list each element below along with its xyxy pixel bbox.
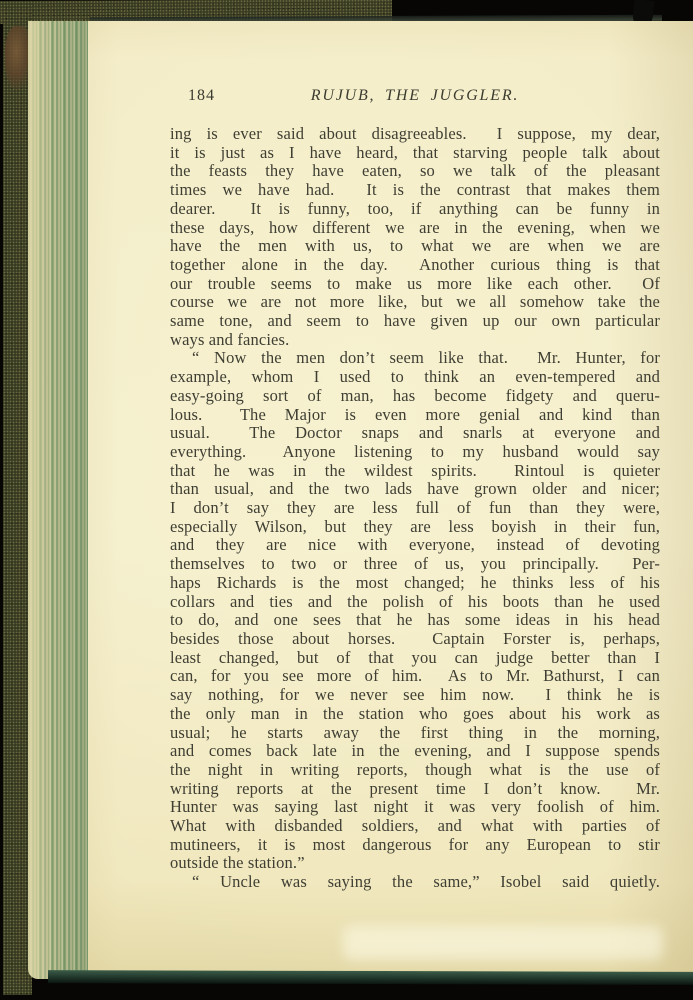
text-line: that he was in the wildest spirits. Rint… [170, 462, 660, 481]
text-line: haps Richards is the most changed; he th… [170, 574, 660, 593]
text-line: “ Now the men don’t seem like that. Mr. … [170, 349, 660, 368]
page-bottom-edge [48, 970, 693, 985]
page-text: ing is ever said about disagreeables. I … [170, 125, 660, 892]
book-page: 184 RUJUB, THE JUGGLER. ing is ever said… [88, 21, 693, 977]
text-line: ways and fancies. [170, 331, 660, 350]
text-line: the night in writing reports, though wha… [170, 761, 660, 780]
text-line: times we have had. It is the contrast th… [170, 181, 660, 200]
text-line: collars and ties and the polish of his b… [170, 593, 660, 612]
fore-edge-page-stack [28, 21, 90, 979]
text-line: easy-going sort of man, has become fidge… [170, 387, 660, 406]
text-line: usual. The Doctor snaps and snarls at ev… [170, 424, 660, 443]
text-line: and comes back late in the evening, and … [170, 742, 660, 761]
text-line: What with disbanded soldiers, and what w… [170, 817, 660, 836]
text-line: example, whom I used to think an even-te… [170, 368, 660, 387]
text-line: everything. Anyone listening to my husba… [170, 443, 660, 462]
text-line: lous. The Major is even more genial and … [170, 406, 660, 425]
text-line: usual; he starts away the first thing in… [170, 724, 660, 743]
text-line: Hunter was saying last night it was very… [170, 798, 660, 817]
text-line: these days, how different we are in the … [170, 219, 660, 238]
text-line: say nothing, for we never see him now. I… [170, 686, 660, 705]
text-line: dearer. It is funny, too, if anything ca… [170, 200, 660, 219]
text-line: course we are not more like, but we all … [170, 293, 660, 312]
text-line: the feasts they have eaten, so we talk o… [170, 162, 660, 181]
text-line: mutineers, it is most dangerous for any … [170, 836, 660, 855]
text-line: have the men with us, to what we are whe… [170, 237, 660, 256]
scanned-book-photo: 184 RUJUB, THE JUGGLER. ing is ever said… [0, 0, 693, 1000]
text-line: and they are nice with everyone, instead… [170, 536, 660, 555]
text-line: to do, and one sees that he has some ide… [170, 611, 660, 630]
text-line: than usual, and the two lads have grown … [170, 480, 660, 499]
text-line: besides those about horses. Captain Fors… [170, 630, 660, 649]
text-line: ing is ever said about disagreeables. I … [170, 125, 660, 144]
scan-glare-patch [343, 926, 663, 960]
text-line: together alone in the day. Another curio… [170, 256, 660, 275]
text-line: outside the station.” [170, 854, 660, 873]
text-line: same tone, and seem to have given up our… [170, 312, 660, 331]
text-line: it is just as I have heard, that starvin… [170, 144, 660, 163]
page-header: 184 RUJUB, THE JUGGLER. [170, 87, 660, 109]
text-line: the only man in the station who goes abo… [170, 705, 660, 724]
paragraph: “ Uncle was saying the same,” Isobel sai… [170, 873, 660, 892]
text-line: “ Uncle was saying the same,” Isobel sai… [170, 873, 660, 892]
text-line: can, for you see more of him. As to Mr. … [170, 667, 660, 686]
text-line: themselves to two or three of us, you pr… [170, 555, 660, 574]
text-line: especially Wilson, but they are less boy… [170, 518, 660, 537]
text-line: I don’t say they are less full of fun th… [170, 499, 660, 518]
paragraph: “ Now the men don’t seem like that. Mr. … [170, 349, 660, 873]
text-line: our trouble seems to make us more like e… [170, 275, 660, 294]
text-line: writing reports at the present time I do… [170, 780, 660, 799]
running-head: RUJUB, THE JUGGLER. [170, 87, 660, 105]
paragraph: ing is ever said about disagreeables. I … [170, 125, 660, 349]
text-line: least changed, but of that you can judge… [170, 649, 660, 668]
